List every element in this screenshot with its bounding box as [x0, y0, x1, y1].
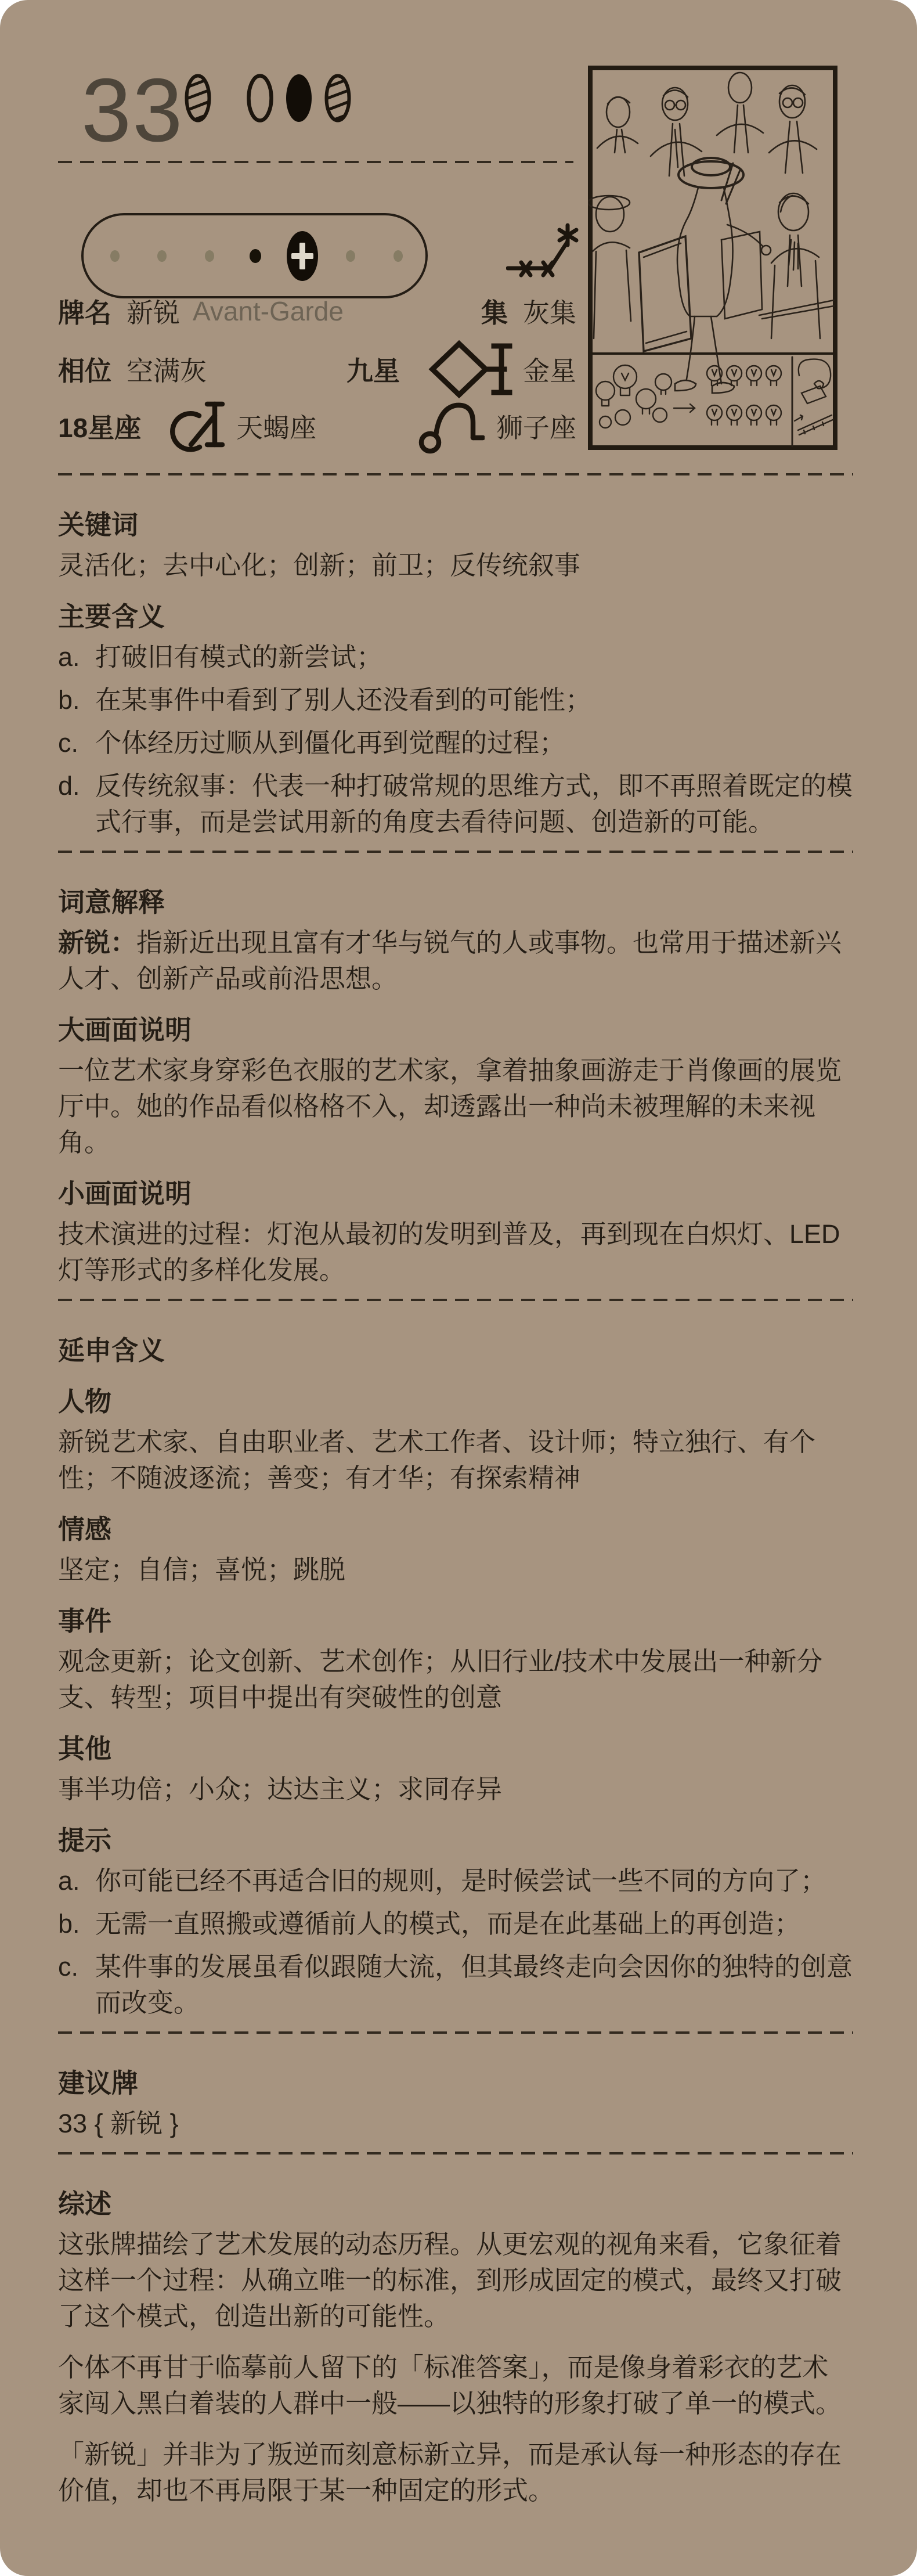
- small-picture-text: 技术演进的过程：灯泡从最初的发明到普及，再到现在白炽灯、LED灯等形式的多样化发…: [58, 1216, 853, 1288]
- nine-star: 金星: [523, 350, 576, 388]
- word-explain-text: 新锐：指新近出现且富有才华与锐气的人或事物。也常用于描述新兴人才、创新产品或前沿…: [58, 925, 853, 997]
- stat-label: 集: [481, 292, 508, 330]
- hatched-oval-icon: [324, 74, 351, 123]
- stat-row-phase: 相位 空满灰 九星 金星: [58, 340, 576, 398]
- item-marker: b.: [58, 682, 95, 718]
- item-marker: c.: [58, 725, 95, 761]
- term: 新锐：: [58, 928, 136, 957]
- card-name: 新锐: [127, 292, 180, 330]
- group-text-others: 事半功倍；小众；达达主义；求同存异: [58, 1771, 853, 1807]
- pager-dot[interactable]: [205, 250, 214, 262]
- group-text-emotion: 坚定；自信；喜悦；跳脱: [58, 1552, 853, 1588]
- pager-active-dot[interactable]: [250, 249, 261, 263]
- scorpio-hook-icon: [156, 396, 225, 456]
- item-text: 你可能已经不再适合旧的规则，是时候尝试一些不同的方向了；: [95, 1863, 853, 1899]
- card-header: 33: [0, 0, 917, 473]
- item-text: 反传统叙事：代表一种打破常规的思维方式，即不再照着既定的模式行事，而是尝试用新的…: [95, 768, 853, 840]
- pager-dot[interactable]: [110, 250, 120, 262]
- item-marker: a.: [58, 639, 95, 675]
- card-name-en: Avant-Garde: [193, 296, 344, 327]
- section-title-big-picture: 大画面说明: [58, 1012, 853, 1048]
- tips-list: a. 你可能已经不再适合旧的规则，是时候尝试一些不同的方向了； b. 无需一直照…: [58, 1863, 853, 2021]
- summary-paragraph: 「新锐」并非为了叛逆而刻意标新立异，而是承认每一种形态的存在价值，却也不再局限于…: [58, 2437, 853, 2509]
- item-marker: c.: [58, 1949, 95, 2021]
- leo-curve-icon: [417, 397, 485, 455]
- item-marker: a.: [58, 1863, 95, 1899]
- stat-label: 牌名: [58, 292, 111, 330]
- hatched-oval-icon: [185, 74, 211, 123]
- section-title-tips: 提示: [58, 1822, 853, 1858]
- section-title-keywords: 关键词: [58, 507, 853, 543]
- pager-dot[interactable]: [346, 250, 355, 262]
- item-text: 个体经历过顺从到僵化再到觉醒的过程；: [95, 725, 853, 761]
- zodiac-secondary: 狮子座: [496, 407, 576, 445]
- add-button[interactable]: [287, 231, 318, 281]
- item-text: 打破旧有模式的新尝试；: [95, 639, 853, 675]
- outline-oval-icon: [247, 74, 273, 123]
- stat-label: 九星: [346, 350, 400, 388]
- big-picture-text: 一位艺术家身穿彩色衣服的艺术家，拿着抽象画游走于肖像画的展览厅中。她的作品看似格…: [58, 1053, 853, 1161]
- dashed-divider: [58, 2152, 853, 2155]
- list-item: a. 打破旧有模式的新尝试；: [58, 639, 853, 675]
- card-set: 灰集: [523, 292, 576, 330]
- stat-label: 相位: [58, 350, 111, 388]
- keywords-text: 灵活化；去中心化；创新；前卫；反传统叙事: [58, 547, 853, 583]
- list-item: d. 反传统叙事：代表一种打破常规的思维方式，即不再照着既定的模式行事，而是尝试…: [58, 768, 853, 840]
- dashed-divider: [58, 2031, 853, 2034]
- item-marker: b.: [58, 1906, 95, 1942]
- section-title-main-meanings: 主要含义: [58, 599, 853, 635]
- summary-paragraph: 个体不再甘于临摹前人留下的「标准答案」，而是像身着彩衣的艺术家闯入黑白着装的人群…: [58, 2350, 853, 2422]
- group-title-emotion: 情感: [58, 1511, 853, 1547]
- pager-dot[interactable]: [393, 250, 403, 262]
- group-title-people: 人物: [58, 1384, 853, 1419]
- plus-icon: [299, 243, 305, 269]
- crowd-and-lightbulbs-line-art: [588, 66, 837, 450]
- term-definition: 指新近出现且富有才华与锐气的人或事物。也常用于描述新兴人才、创新产品或前沿思想。: [58, 928, 842, 993]
- group-text-people: 新锐艺术家、自由职业者、艺术工作者、设计师；特立独行、有个性；不随波逐流；善变；…: [58, 1424, 853, 1496]
- suggestion-card: 33 { 新锐 }: [58, 2106, 853, 2142]
- stat-row-name: 牌名 新锐 Avant-Garde 集 灰集: [58, 282, 576, 340]
- list-item: a. 你可能已经不再适合旧的规则，是时候尝试一些不同的方向了；: [58, 1863, 853, 1899]
- group-title-others: 其他: [58, 1731, 853, 1767]
- section-title-suggestion: 建议牌: [58, 2065, 853, 2101]
- filled-oval-icon: [286, 74, 312, 123]
- list-item: c. 某件事的发展虽看似跟随大流，但其最终走向会因你的独特的创意而改变。: [58, 1949, 853, 2021]
- item-text: 无需一直照搬或遵循前人的模式，而是在此基础上的再创造；: [95, 1906, 853, 1942]
- item-marker: d.: [58, 768, 95, 840]
- item-text: 某件事的发展虽看似跟随大流，但其最终走向会因你的独特的创意而改变。: [95, 1949, 853, 2021]
- stat-row-zodiac: 18星座 天蝎座: [58, 397, 576, 455]
- dashed-divider: [58, 851, 853, 853]
- section-title-summary: 综述: [58, 2186, 853, 2222]
- stat-label: 18星座: [58, 407, 141, 445]
- fork-path-star-icon: [506, 222, 579, 282]
- group-text-events: 观念更新；论文创新、艺术创作；从旧行业/技术中发展出一种新分支、转型；项目中提出…: [58, 1644, 853, 1716]
- section-title-extended: 延申含义: [58, 1332, 853, 1368]
- card-page: 33: [0, 0, 917, 2576]
- card-body: 关键词 灵活化；去中心化；创新；前卫；反传统叙事 主要含义 a. 打破旧有模式的…: [0, 473, 917, 2509]
- card-phase: 空满灰: [127, 350, 207, 388]
- list-item: b. 无需一直照搬或遵循前人的模式，而是在此基础上的再创造；: [58, 1906, 853, 1942]
- section-title-small-picture: 小画面说明: [58, 1176, 853, 1212]
- pager-dot[interactable]: [157, 250, 167, 262]
- dashed-divider: [58, 161, 573, 163]
- section-title-word-explain: 词意解释: [58, 884, 853, 920]
- venus-diamond-icon: [425, 337, 512, 402]
- group-title-events: 事件: [58, 1603, 853, 1639]
- main-meanings-list: a. 打破旧有模式的新尝试； b. 在某事件中看到了别人还没看到的可能性； c.…: [58, 639, 853, 840]
- dashed-divider: [58, 1299, 853, 1301]
- summary-paragraph: 这张牌描绘了艺术发展的动态历程。从更宏观的视角来看，它象征着这样一个过程：从确立…: [58, 2226, 853, 2334]
- list-item: c. 个体经历过顺从到僵化再到觉醒的过程；: [58, 725, 853, 761]
- item-text: 在某事件中看到了别人还没看到的可能性；: [95, 682, 853, 718]
- dashed-divider: [58, 473, 853, 475]
- card-number: 33: [81, 65, 183, 155]
- list-item: b. 在某事件中看到了别人还没看到的可能性；: [58, 682, 853, 718]
- zodiac-main: 天蝎座: [236, 407, 316, 445]
